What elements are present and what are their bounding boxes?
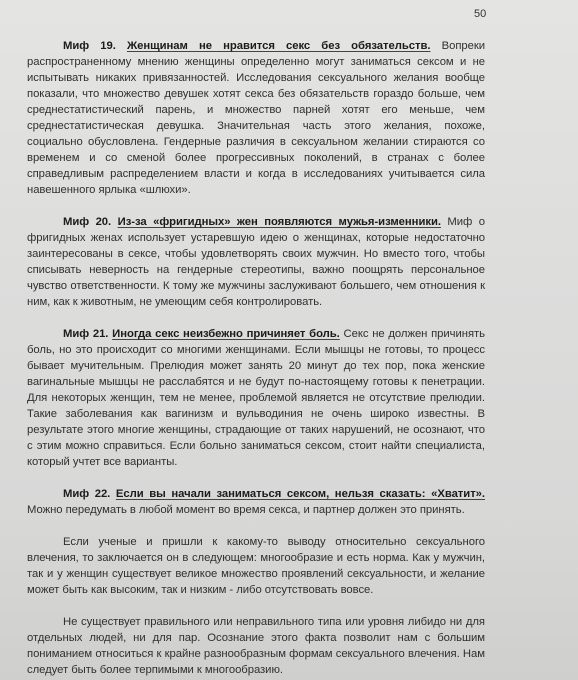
myth-label: Миф 21. [63,328,108,340]
conclusion-paragraph-2: Не существует правильного или неправильн… [27,614,485,678]
myth-label: Миф 20. [63,216,111,228]
myth-label: Миф 19. [63,40,116,52]
myth-21-paragraph: Миф 21. Иногда секс неизбежно причиняет … [27,326,485,470]
myth-label: Миф 22. [63,488,110,500]
myth-text: Секс не должен причинять боль, но это пр… [27,328,485,468]
document-body: Миф 19. Женщинам не нравится секс без об… [27,38,485,680]
myth-title: Из-за «фригидных» жен появляются мужья-и… [118,216,441,228]
myth-title: Если вы начали заниматься сексом, нельзя… [116,488,485,500]
myth-22-paragraph: Миф 22. Если вы начали заниматься сексом… [27,486,485,518]
myth-title: Женщинам не нравится секс без обязательс… [127,40,431,52]
myth-title: Иногда секс неизбежно причиняет боль. [112,328,340,340]
page-number: 50 [474,8,486,20]
myth-19-paragraph: Миф 19. Женщинам не нравится секс без об… [27,38,485,198]
myth-20-paragraph: Миф 20. Из-за «фригидных» жен появляются… [27,214,485,310]
myth-text: Миф о фригидных женах использует устарев… [27,216,485,308]
conclusion-paragraph-1: Если ученые и пришли к какому-то выводу … [27,534,485,598]
myth-text: Можно передумать в любой момент во время… [27,504,465,516]
myth-text: Вопреки распространенному мнению женщины… [27,40,485,196]
